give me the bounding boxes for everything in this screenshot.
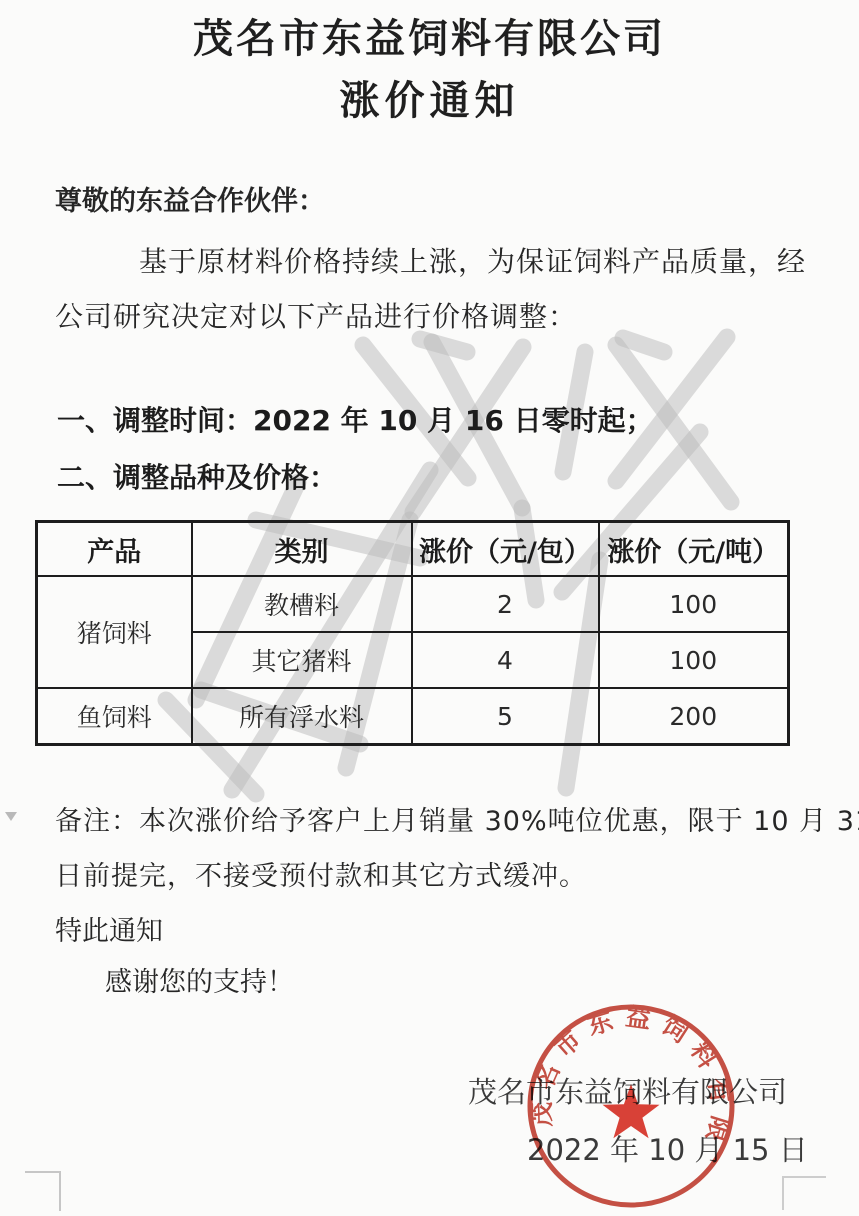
adjust-price-item: 二、调整品种及价格：	[57, 462, 337, 494]
salutation: 尊敬的东益合作伙伴：	[55, 186, 325, 217]
thanks-line: 感谢您的支持！	[105, 967, 294, 998]
corner-mark-right	[782, 1176, 826, 1210]
table-row: 鱼饲料 所有浮水料 5 200	[37, 688, 789, 745]
header-product: 产品	[37, 522, 192, 577]
cell-price-per-ton: 100	[599, 576, 789, 632]
body-paragraph-line1: 基于原材料价格持续上涨，为保证饲料产品质量，经	[139, 246, 806, 278]
seal-ring-text: 茂名市东益饲料有限公司	[523, 1000, 736, 1155]
price-notice-document: 茂名市东益饲料有限公司 涨价通知 尊敬的东益合作伙伴： 基于原材料价格持续上涨，…	[0, 0, 859, 1216]
price-table: 产品 类别 涨价（元/包） 涨价（元/吨） 猪饲料 教槽料 2 100 其它猪料…	[35, 520, 790, 746]
note-line1: 备注：本次涨价给予客户上月销量 30%吨位优惠，限于 10 月 31	[55, 806, 859, 837]
doc-title-notice: 涨价通知	[0, 78, 859, 124]
cell-price-per-ton: 200	[599, 688, 789, 745]
doc-title-company: 茂名市东益饲料有限公司	[0, 16, 859, 62]
table-row: 猪饲料 教槽料 2 100	[37, 576, 789, 632]
cell-category: 教槽料	[192, 576, 412, 632]
cell-category: 所有浮水料	[192, 688, 412, 745]
adjust-time-item: 一、调整时间：2022 年 10 月 16 日零时起；	[57, 405, 654, 437]
header-price-per-ton: 涨价（元/吨）	[599, 522, 789, 577]
cell-price-per-bag: 2	[412, 576, 599, 632]
red-star-icon	[603, 1084, 660, 1138]
note-line2: 日前提完，不接受预付款和其它方式缓冲。	[55, 861, 587, 892]
corner-mark-left	[25, 1171, 61, 1211]
company-seal: 茂名市东益饲料有限公司	[523, 1000, 739, 1214]
cell-product: 鱼饲料	[37, 688, 192, 745]
cell-price-per-bag: 4	[412, 632, 599, 688]
cell-category: 其它猪料	[192, 632, 412, 688]
header-category: 类别	[192, 522, 412, 577]
closing-line: 特此通知	[55, 916, 163, 947]
table-header-row: 产品 类别 涨价（元/包） 涨价（元/吨）	[37, 522, 789, 577]
margin-arrow-icon	[5, 812, 17, 821]
body-paragraph-line2: 公司研究决定对以下产品进行价格调整：	[55, 301, 577, 333]
cell-product: 猪饲料	[37, 576, 192, 688]
cell-price-per-ton: 100	[599, 632, 789, 688]
cell-price-per-bag: 5	[412, 688, 599, 745]
header-price-per-bag: 涨价（元/包）	[412, 522, 599, 577]
